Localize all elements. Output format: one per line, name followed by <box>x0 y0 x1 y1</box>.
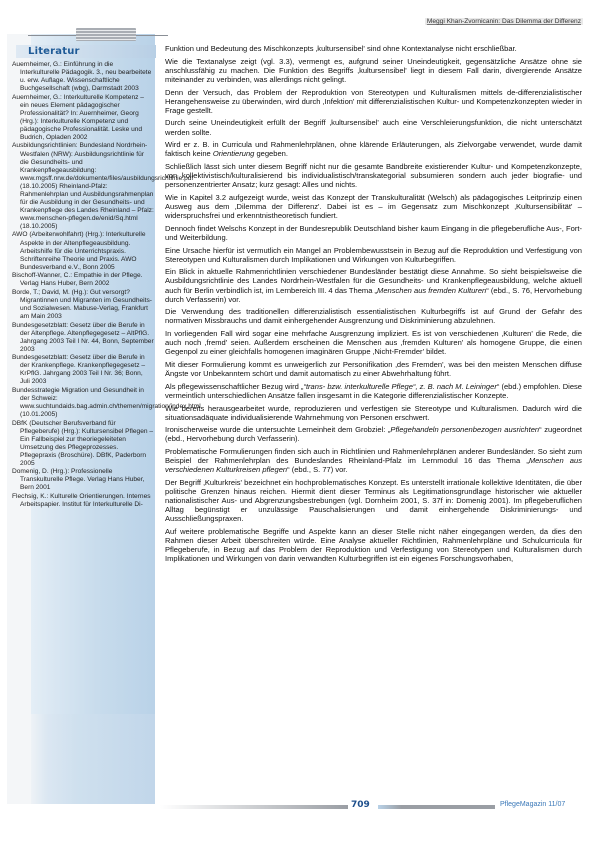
footer-rule-left <box>160 805 348 809</box>
reference-item: Bundesstrategie Migration und Gesundheit… <box>12 387 154 419</box>
reference-item: Auernheimer, G.: Einführung in die Inter… <box>12 61 154 93</box>
paragraph: Funktion und Bedeutung des Mischkonzepts… <box>165 44 582 53</box>
document-page: Meggi Khan-Zvornicanin: Das Dilemma der … <box>0 0 595 842</box>
paragraph: Ein Blick in aktuelle Rahmenrichtlinien … <box>165 267 582 303</box>
paragraph: Wird er z. B. in Curricula und Rahmenleh… <box>165 140 582 158</box>
paragraph: Die Verwendung des traditionellen differ… <box>165 307 582 325</box>
paragraph: Schließlich lässt sich unter diesem Begr… <box>165 162 582 189</box>
emphasis: Menschen aus fremden Kulturen <box>377 286 486 295</box>
body-text: Funktion und Bedeutung des Mischkonzepts… <box>165 44 582 567</box>
reference-item: Ausbildungsrichtlinien: Bundesland Nordr… <box>12 142 154 231</box>
paragraph: Wie in Kapitel 3.2 aufgezeigt wurde, wei… <box>165 193 582 220</box>
footer-rule-right <box>378 805 495 809</box>
reference-item: AWO (Arbeiterwohlfahrt) (Hrg.): Interkul… <box>12 231 154 271</box>
reference-item: DBfK (Deutscher Berufsverband für Pflege… <box>12 420 154 468</box>
paragraph: Als pflegewissenschaftlicher Bezug wird … <box>165 382 582 400</box>
paragraph: Dennoch findet Welschs Konzept in der Bu… <box>165 224 582 242</box>
journal-logo <box>28 28 168 42</box>
paragraph: Auf weitere problematische Begriffe und … <box>165 527 582 563</box>
paragraph: Wie bereits herausgearbeitet wurde, repr… <box>165 404 582 422</box>
emphasis: “trans- bzw. interkulturelle Pflege“, z.… <box>303 382 496 391</box>
paragraph: Der Begriff ‚Kulturkreis' bezeichnet ein… <box>165 478 582 523</box>
sidebar-title: Literatur <box>16 46 80 57</box>
reference-item: Borde, T.; David, M. (Hg.): Gut versorgt… <box>12 289 154 321</box>
paragraph: Problematische Formulierungen finden sic… <box>165 447 582 474</box>
reference-item: Auernheimer, G.: Interkulturelle Kompete… <box>12 94 154 142</box>
page-footer: 709 PflegeMagazin 11/07 <box>0 800 595 814</box>
reference-item: Flechsig, K.: Kulturelle Orientierungen.… <box>12 493 154 509</box>
reference-list: Auernheimer, G.: Einführung in die Inter… <box>12 61 154 510</box>
paragraph: Wie die Textanalyse zeigt (vgl. 3.3), ve… <box>165 57 582 84</box>
paragraph: Eine Ursache hierfür ist vermutlich ein … <box>165 246 582 264</box>
logo-mark <box>76 28 136 41</box>
emphasis: Orientierung <box>213 149 255 158</box>
running-head: Meggi Khan-Zvornicanin: Das Dilemma der … <box>425 18 583 25</box>
emphasis: Pflegehandeln personenbezogen ausrichten <box>390 425 539 434</box>
journal-issue: PflegeMagazin 11/07 <box>500 801 565 808</box>
reference-item: Bischoff-Wanner, C.: Empathie in der Pfl… <box>12 272 154 288</box>
paragraph: Mit dieser Formulierung kommt es unweige… <box>165 360 582 378</box>
reference-item: Bundesgesetzblatt: Gesetz über die Beruf… <box>12 354 154 386</box>
paragraph: Denn der Versuch, das Problem der Reprod… <box>165 88 582 115</box>
paragraph: Durch seine Uneindeutigkeit erfüllt der … <box>165 118 582 136</box>
paragraph: In vorliegenden Fall wird sogar eine meh… <box>165 329 582 356</box>
sidebar-title-bar: Literatur <box>16 45 156 58</box>
reference-item: Bundesgesetzblatt: Gesetz über die Beruf… <box>12 322 154 354</box>
paragraph: Ironischerweise wurde die untersuchte Le… <box>165 425 582 443</box>
reference-item: Domenig, D. (Hrg.): Professionelle Trans… <box>12 468 154 492</box>
page-number: 709 <box>351 800 370 810</box>
